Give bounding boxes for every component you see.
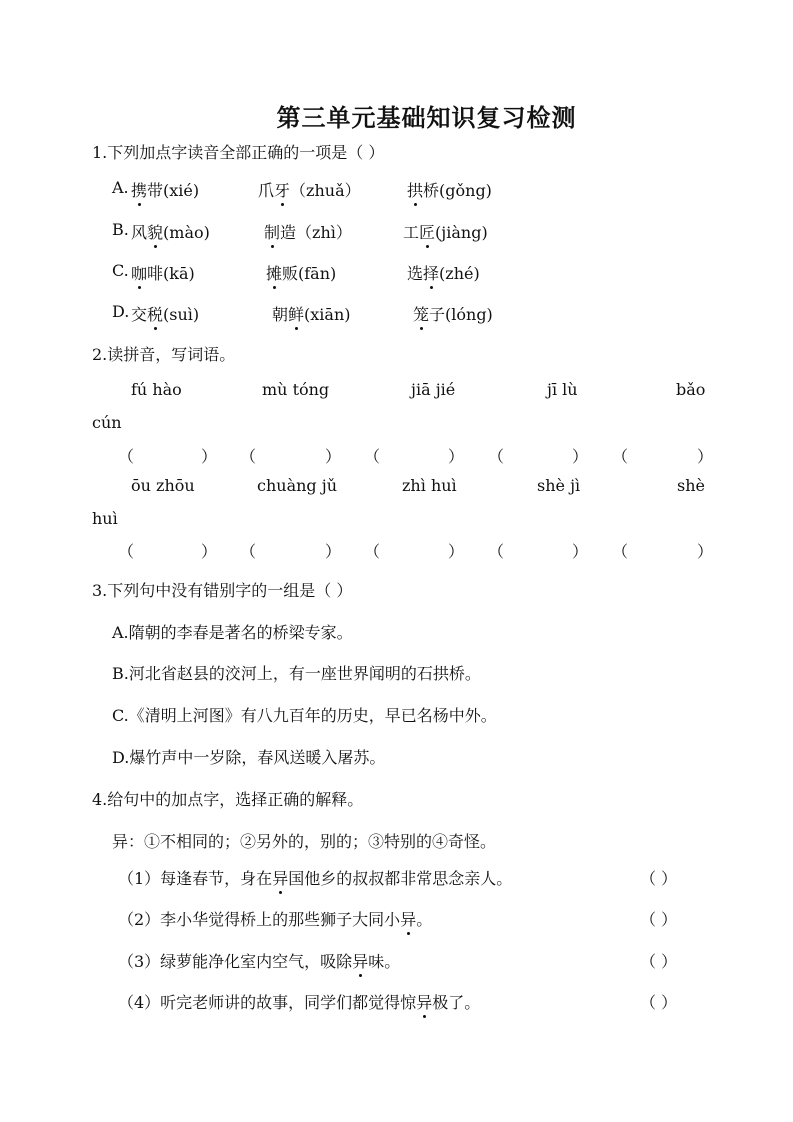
answer-blank-close: ） <box>325 444 341 467</box>
q4-definition: 异：①不相同的；②另外的，别的；③特别的④奇怪。 <box>112 829 496 852</box>
pinyin-word: jī lù <box>547 380 578 399</box>
answer-blank-close: ） <box>572 444 588 467</box>
q4-sentence: （4）听完老师讲的故事，同学们都觉得惊异极了。 <box>118 990 480 1013</box>
q2-prompt: 2.读拼音，写词语。 <box>92 342 235 365</box>
answer-blank-close: ） <box>201 539 217 562</box>
answer-blank-close: ） <box>201 444 217 467</box>
option-item: 爪牙（zhuǎ） <box>258 178 361 201</box>
answer-blank-open: （ <box>364 539 380 562</box>
pinyin-word: jiā jié <box>411 380 455 399</box>
pinyin-word: shè <box>677 476 705 495</box>
q4-sentence: （3）绿萝能净化室内空气，吸除异味。 <box>118 949 400 972</box>
option-item: 交税(suì) <box>131 302 199 325</box>
option-item: 携带(xié) <box>131 178 199 201</box>
q4-prompt: 4.给句中的加点字，选择正确的解释。 <box>92 787 363 810</box>
pinyin-word: mù tóng <box>262 380 329 399</box>
q3-prompt: 3.下列句中没有错别字的一组是（ ） <box>92 578 352 601</box>
answer-blank-open: （ <box>118 539 134 562</box>
answer-blank-open: （ <box>488 539 504 562</box>
answer-blank-open: （ <box>364 444 380 467</box>
answer-blank: （ ） <box>640 907 677 930</box>
option-item: 工匠(jiàng) <box>403 220 488 243</box>
pinyin-word-wrap: cún <box>92 413 122 432</box>
option-label: A. <box>112 178 129 197</box>
answer-blank-open: （ <box>118 444 134 467</box>
answer-blank-close: ） <box>325 539 341 562</box>
q4-sentence: （2）李小华觉得桥上的那些狮子大同小异。 <box>118 907 432 930</box>
answer-blank-open: （ <box>612 444 628 467</box>
option-item: 风貌(mào) <box>131 220 210 243</box>
answer-blank-close: ） <box>448 539 464 562</box>
answer-blank-open: （ <box>612 539 628 562</box>
option-item: 笼子(lóng) <box>413 302 493 325</box>
option-item: 选择(zhé) <box>407 261 480 284</box>
page-title: 第三单元基础知识复习检测 <box>0 98 793 133</box>
answer-blank-close: ） <box>572 539 588 562</box>
option-item: 摊贩(fān) <box>266 261 336 284</box>
answer-blank-open: （ <box>240 444 256 467</box>
option-item: 咖啡(kā) <box>131 261 195 284</box>
pinyin-word: chuàng jǔ <box>257 476 337 495</box>
answer-blank-close: ） <box>697 539 713 562</box>
option-item: 制造（zhì） <box>264 220 352 243</box>
option-item: 朝鲜(xiān) <box>272 302 351 325</box>
option-label: C. <box>112 261 129 280</box>
pinyin-word: bǎo <box>676 380 705 399</box>
answer-blank: （ ） <box>640 866 677 889</box>
q3-option-a: A.隋朝的李春是著名的桥梁专家。 <box>112 620 353 643</box>
q3-option-b: B.河北省赵县的洨河上，有一座世界闻明的石拱桥。 <box>112 661 481 684</box>
q3-option-d: D.爆竹声中一岁除，春风送暖入屠苏。 <box>112 745 385 768</box>
option-label: B. <box>112 220 129 239</box>
answer-blank-open: （ <box>240 539 256 562</box>
pinyin-word: zhì huì <box>402 476 457 495</box>
pinyin-word: shè jì <box>537 476 580 495</box>
q1-prompt: 1.下列加点字读音全部正确的一项是（ ） <box>92 140 384 163</box>
answer-blank-close: ） <box>697 444 713 467</box>
pinyin-word: ōu zhōu <box>131 476 195 495</box>
answer-blank-open: （ <box>488 444 504 467</box>
answer-blank: （ ） <box>640 949 677 972</box>
answer-blank: （ ） <box>640 990 677 1013</box>
q3-option-c: C.《清明上河图》有八九百年的历史，早已名杨中外。 <box>112 703 497 726</box>
option-label: D. <box>112 302 129 321</box>
q4-sentence: （1）每逢春节，身在异国他乡的叔叔都非常思念亲人。 <box>118 866 512 889</box>
pinyin-word-wrap: huì <box>92 509 118 528</box>
answer-blank-close: ） <box>448 444 464 467</box>
pinyin-word: fú hào <box>131 380 182 399</box>
option-item: 拱桥(gǒng) <box>407 178 492 201</box>
